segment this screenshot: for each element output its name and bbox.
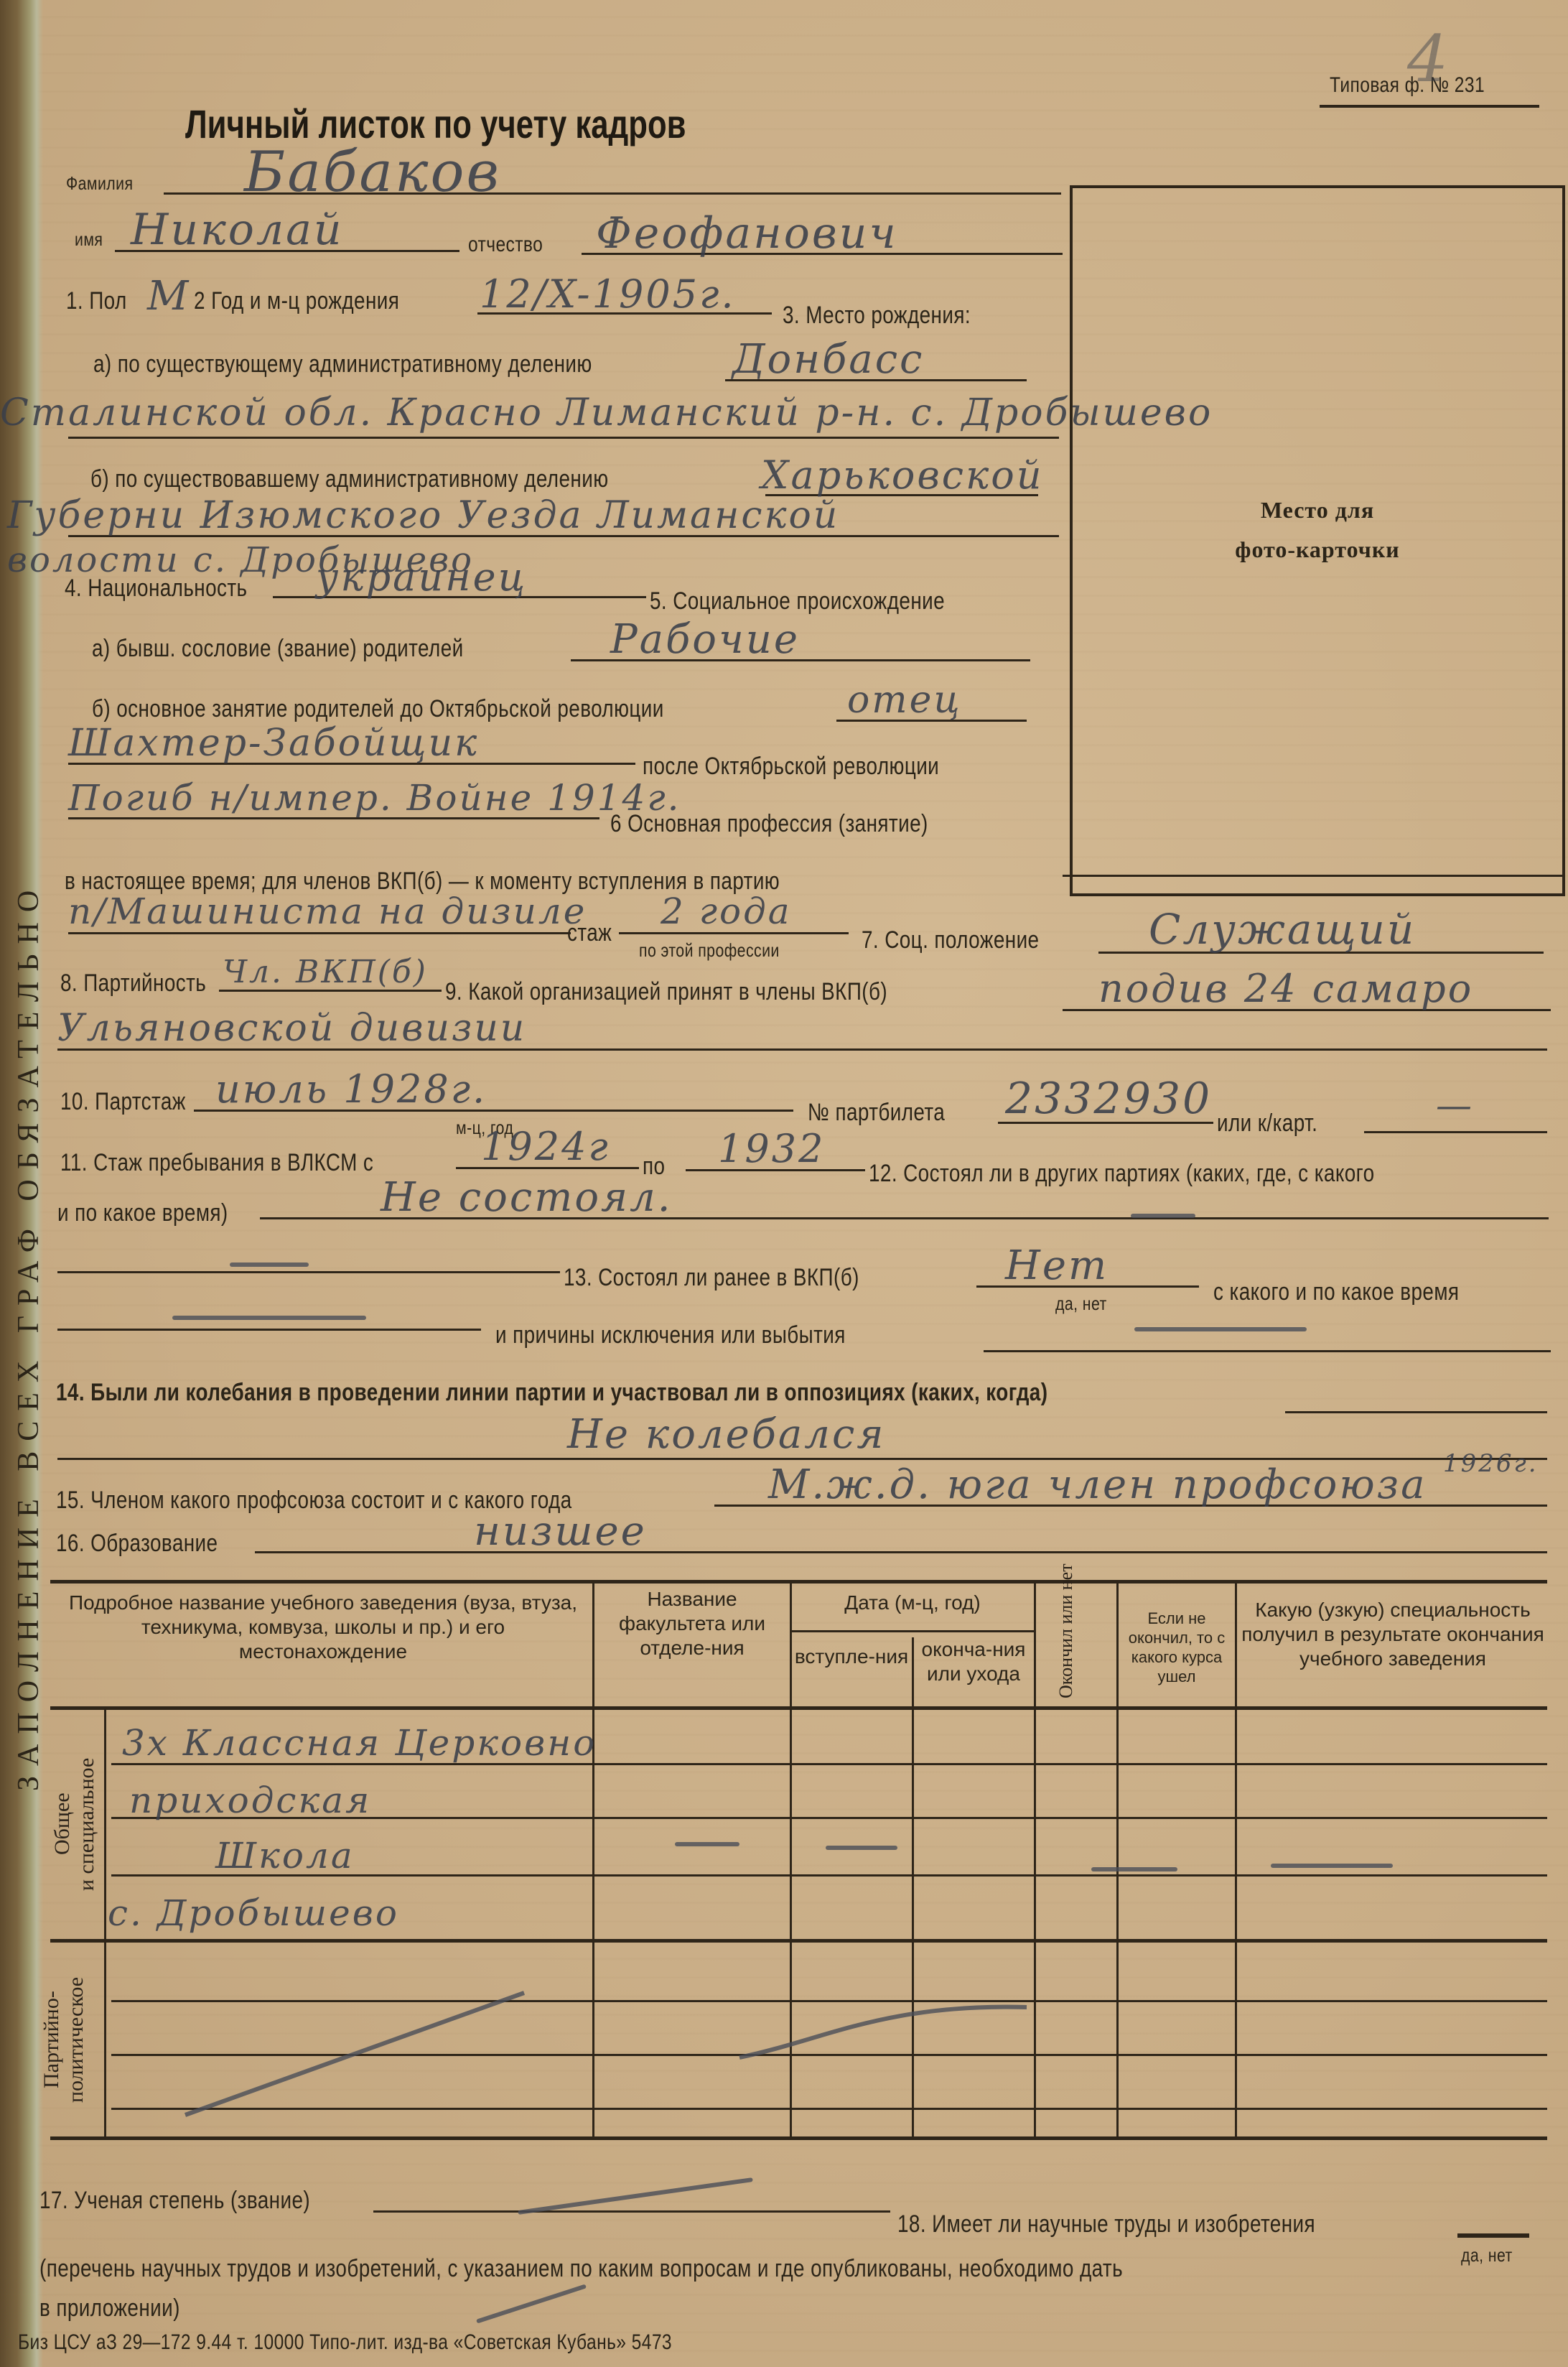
works-line (1457, 2233, 1529, 2238)
strike-through-marks (0, 0, 1568, 2367)
printer-imprint: Биз ЦСУ аЗ 29—172 9.44 т. 10000 Типо-лит… (18, 2330, 672, 2355)
degree-label: 17. Ученая степень (звание) (39, 2187, 310, 2215)
works-label: 18. Имеет ли научные труды и изобретения (897, 2210, 1315, 2238)
works-note-2: в приложении) (39, 2294, 180, 2322)
works-note: (перечень научных трудов и изобретений, … (39, 2255, 1123, 2283)
works-sub: да, нет (1461, 2244, 1513, 2266)
degree-line (373, 2210, 890, 2213)
